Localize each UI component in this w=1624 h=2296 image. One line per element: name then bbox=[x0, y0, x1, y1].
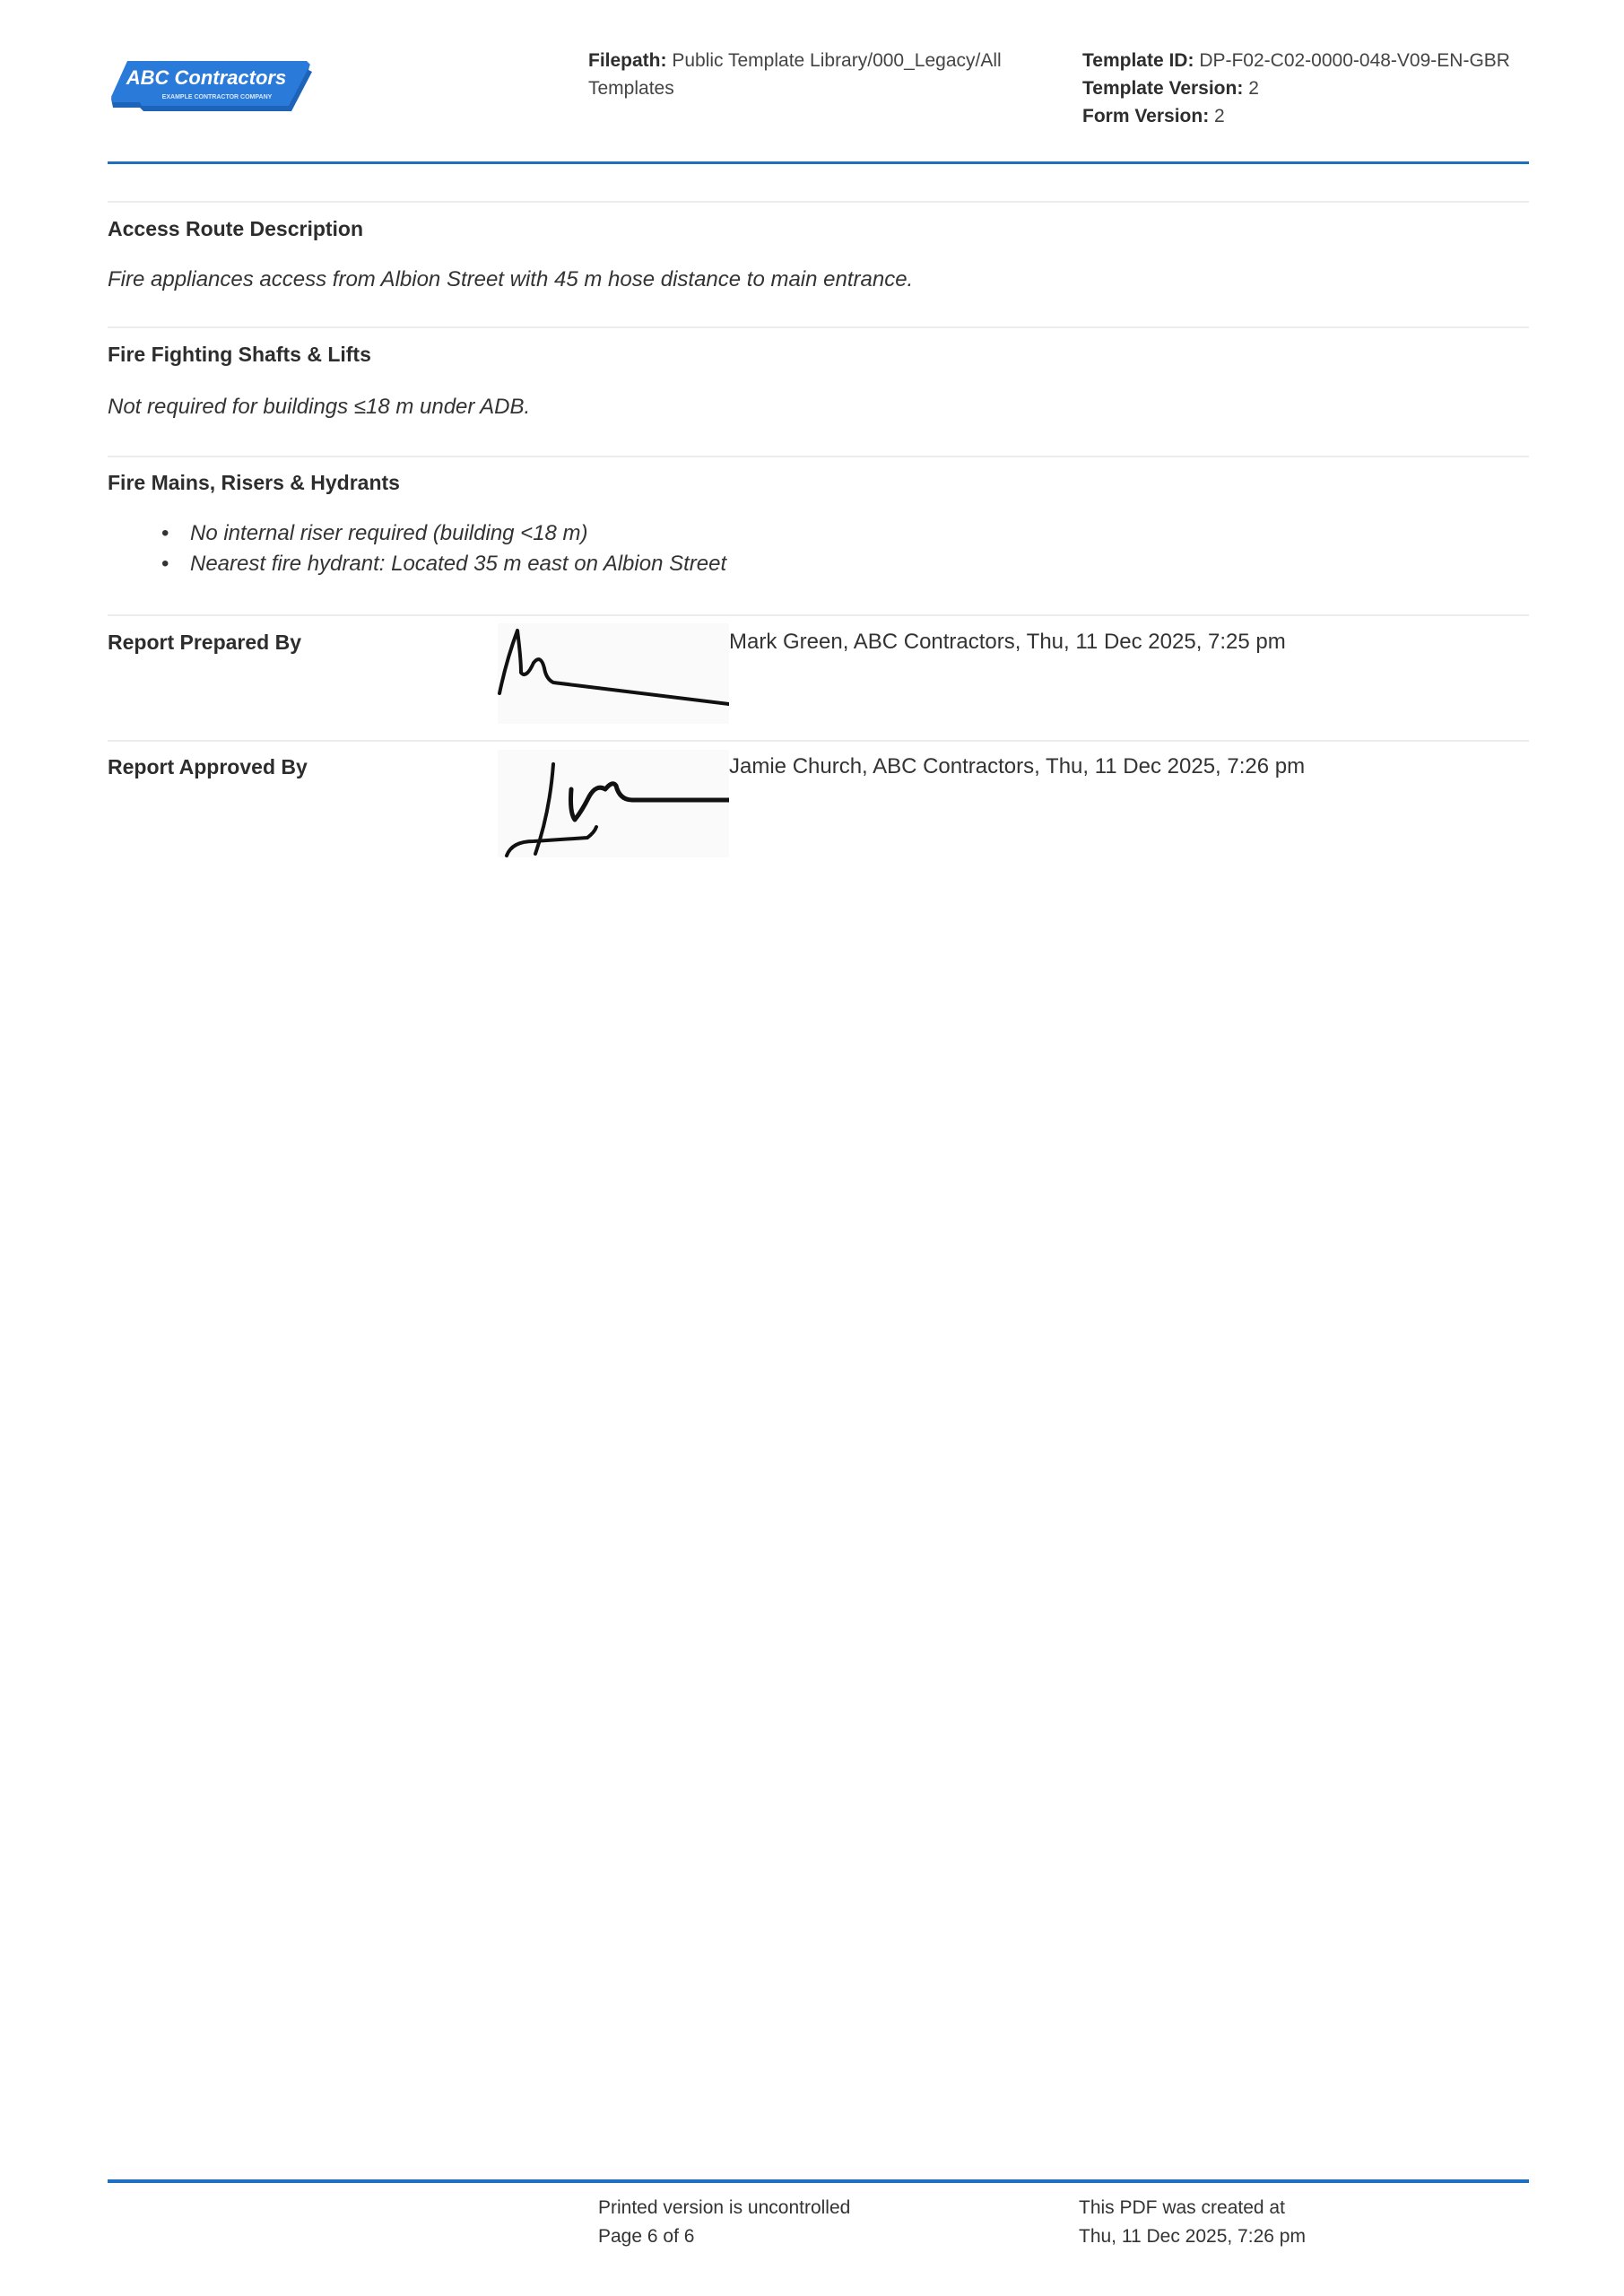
mains-risers-list: No internal riser required (building <18… bbox=[108, 518, 726, 579]
prepared-by-signed: Mark Green, ABC Contractors, Thu, 11 Dec… bbox=[729, 629, 1286, 656]
signature-jamie-church-icon bbox=[498, 750, 729, 857]
footer-right: This PDF was created at Thu, 11 Dec 2025… bbox=[1079, 2194, 1306, 2251]
company-logo: ABC Contractors EXAMPLE CONTRACTOR COMPA… bbox=[108, 57, 312, 118]
footer-rule bbox=[108, 2179, 1529, 2183]
page-number: Page 6 of 6 bbox=[598, 2222, 850, 2251]
approved-by-signed: Jamie Church, ABC Contractors, Thu, 11 D… bbox=[729, 753, 1305, 780]
logo-subtitle: EXAMPLE CONTRACTOR COMPANY bbox=[162, 94, 273, 100]
template-id: Template ID: DP-F02-C02-0000-048-V09-EN-… bbox=[1082, 47, 1549, 74]
mains-risers-label: Fire Mains, Risers & Hydrants bbox=[108, 469, 400, 496]
logo-title: ABC Contractors bbox=[126, 66, 286, 89]
shafts-lifts-label: Fire Fighting Shafts & Lifts bbox=[108, 341, 371, 368]
list-item: Nearest fire hydrant: Located 35 m east … bbox=[108, 549, 726, 579]
template-version-value: 2 bbox=[1248, 78, 1259, 99]
created-label: This PDF was created at bbox=[1079, 2194, 1306, 2222]
section-divider bbox=[108, 326, 1529, 328]
section-divider bbox=[108, 456, 1529, 457]
template-id-label: Template ID: bbox=[1082, 50, 1194, 71]
section-divider bbox=[108, 614, 1529, 616]
approved-by-label: Report Approved By bbox=[108, 753, 308, 780]
access-route-answer: Fire appliances access from Albion Stree… bbox=[108, 265, 913, 294]
shafts-lifts-answer: Not required for buildings ≤18 m under A… bbox=[108, 393, 530, 422]
template-id-value: DP-F02-C02-0000-048-V09-EN-GBR bbox=[1199, 50, 1510, 71]
list-item: No internal riser required (building <18… bbox=[108, 518, 726, 549]
uncontrolled-notice: Printed version is uncontrolled bbox=[598, 2194, 850, 2222]
access-route-label: Access Route Description bbox=[108, 215, 363, 242]
form-version: Form Version: 2 bbox=[1082, 102, 1549, 130]
created-at: Thu, 11 Dec 2025, 7:26 pm bbox=[1079, 2222, 1306, 2251]
signature-mark-green-icon bbox=[498, 623, 729, 724]
form-version-label: Form Version: bbox=[1082, 106, 1209, 126]
template-meta: Template ID: DP-F02-C02-0000-048-V09-EN-… bbox=[1082, 47, 1549, 130]
footer-left: Printed version is uncontrolled Page 6 o… bbox=[598, 2194, 850, 2251]
prepared-by-label: Report Prepared By bbox=[108, 629, 301, 656]
header-rule bbox=[108, 161, 1529, 164]
template-version: Template Version: 2 bbox=[1082, 74, 1549, 102]
form-version-value: 2 bbox=[1214, 106, 1225, 126]
section-divider bbox=[108, 740, 1529, 742]
template-version-label: Template Version: bbox=[1082, 78, 1243, 99]
section-divider bbox=[108, 201, 1529, 203]
filepath: Filepath: Public Template Library/000_Le… bbox=[588, 47, 1037, 102]
filepath-label: Filepath: bbox=[588, 50, 667, 71]
